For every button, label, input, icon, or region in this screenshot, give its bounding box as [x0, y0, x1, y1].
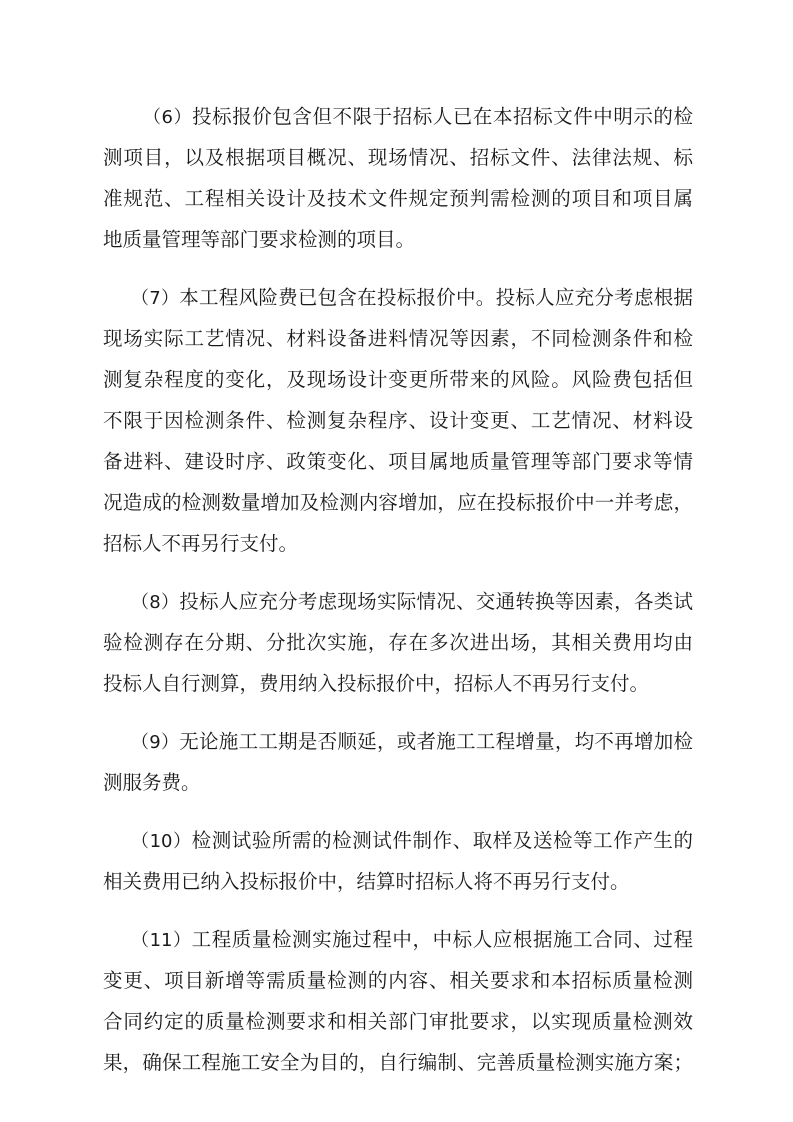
- paragraph-line: （7）本工程风险费已包含在投标报价中。投标人应充分考虑根据: [103, 277, 693, 318]
- paragraph-line: （10）检测试验所需的检测试件制作、取样及送检等工作产生的: [103, 820, 693, 861]
- paragraph-line: 招标人不再另行支付。: [103, 523, 693, 564]
- paragraph-8: （8）投标人应充分考虑现场实际情况、交通转换等因素，各类试 验检测存在分期、分批…: [103, 581, 693, 704]
- paragraph-line: 测服务费。: [103, 762, 693, 803]
- paragraph-line: 现场实际工艺情况、材料设备进料情况等因素，不同检测条件和检: [103, 318, 693, 359]
- paragraph-line: 备进料、建设时序、政策变化、项目属地质量管理等部门要求等情: [103, 441, 693, 482]
- paragraph-7: （7）本工程风险费已包含在投标报价中。投标人应充分考虑根据 现场实际工艺情况、材…: [103, 277, 693, 564]
- paragraph-number: （7）: [131, 288, 179, 309]
- document-page: （6）投标报价包含但不限于招标人已在本招标文件中明示的检 测项目，以及根据项目概…: [103, 96, 693, 1083]
- paragraph-line: 合同约定的质量检测要求和相关部门审批要求，以实现质量检测效: [103, 1001, 693, 1042]
- paragraph-line: 变更、项目新增等需质量检测的内容、相关要求和本招标质量检测: [103, 960, 693, 1001]
- paragraph-line: （8）投标人应充分考虑现场实际情况、交通转换等因素，各类试: [103, 581, 693, 622]
- paragraph-line: 准规范、工程相关设计及技术文件规定预判需检测的项目和项目属: [103, 178, 693, 219]
- paragraph-9: （9）无论施工工期是否顺延，或者施工工程增量，均不再增加检 测服务费。: [103, 721, 693, 803]
- paragraph-line: 测复杂程度的变化，及现场设计变更所带来的风险。风险费包括但: [103, 359, 693, 400]
- paragraph-number: （8）: [131, 592, 179, 613]
- paragraph-line: 测项目，以及根据项目概况、现场情况、招标文件、法律法规、标: [103, 137, 693, 178]
- paragraph-line: 相关费用已纳入投标报价中，结算时招标人将不再另行支付。: [103, 861, 693, 902]
- paragraph-line: 投标人自行测算，费用纳入投标报价中，招标人不再另行支付。: [103, 663, 693, 704]
- paragraph-10: （10）检测试验所需的检测试件制作、取样及送检等工作产生的 相关费用已纳入投标报…: [103, 820, 693, 902]
- paragraph-line: （6）投标报价包含但不限于招标人已在本招标文件中明示的检: [103, 96, 693, 137]
- paragraph-number: （9）: [131, 732, 179, 753]
- paragraph-number: （11）: [131, 930, 192, 951]
- paragraph-number: （10）: [131, 831, 192, 852]
- paragraph-line: （9）无论施工工期是否顺延，或者施工工程增量，均不再增加检: [103, 721, 693, 762]
- paragraph-line: （11）工程质量检测实施过程中，中标人应根据施工合同、过程: [103, 919, 693, 960]
- paragraph-line: 果，确保工程施工安全为目的，自行编制、完善质量检测实施方案；: [103, 1042, 693, 1083]
- paragraph-11: （11）工程质量检测实施过程中，中标人应根据施工合同、过程 变更、项目新增等需质…: [103, 919, 693, 1083]
- paragraph-line: 验检测存在分期、分批次实施，存在多次进出场，其相关费用均由: [103, 622, 693, 663]
- paragraph-line: 地质量管理等部门要求检测的项目。: [103, 219, 693, 260]
- paragraph-6: （6）投标报价包含但不限于招标人已在本招标文件中明示的检 测项目，以及根据项目概…: [103, 96, 693, 260]
- paragraph-line: 不限于因检测条件、检测复杂程序、设计变更、工艺情况、材料设: [103, 400, 693, 441]
- paragraph-number: （6）: [143, 107, 192, 128]
- paragraph-line: 况造成的检测数量增加及检测内容增加，应在投标报价中一并考虑，: [103, 482, 693, 523]
